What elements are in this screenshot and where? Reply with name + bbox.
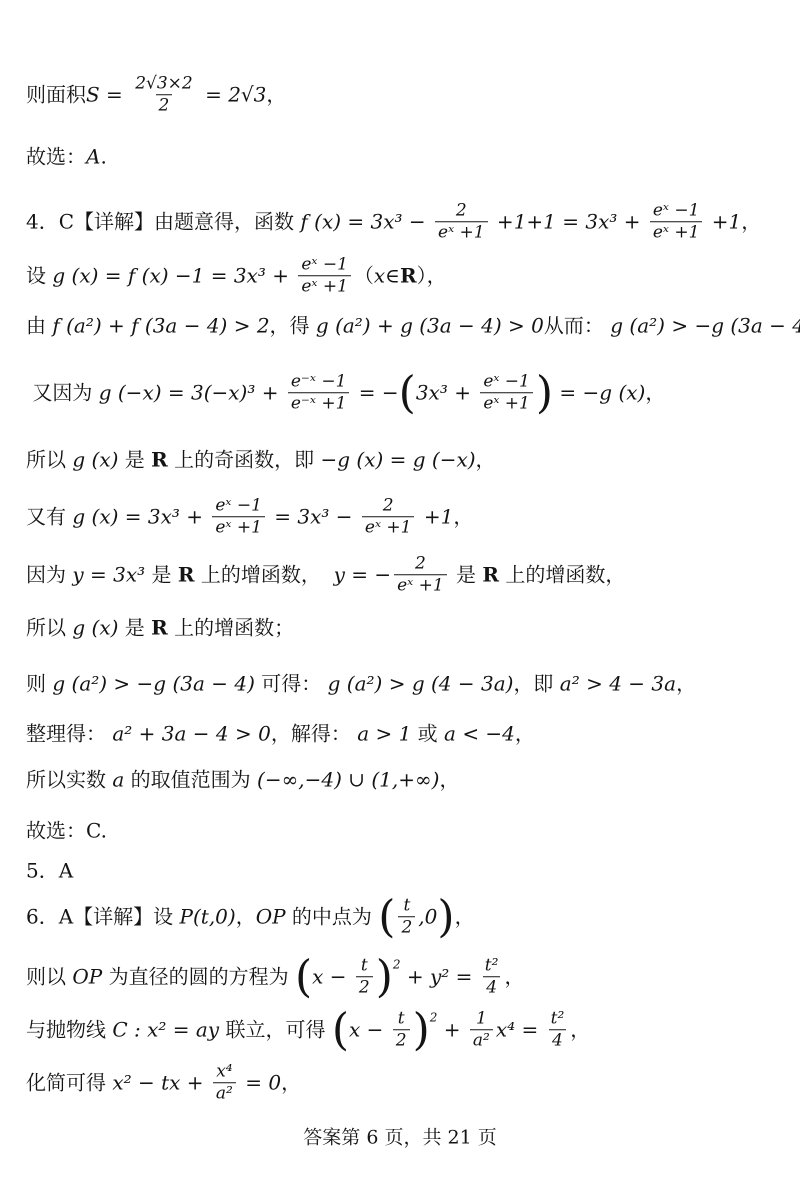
text-run: 的中点为 bbox=[286, 905, 379, 930]
text-run: x⁴ = bbox=[496, 1018, 545, 1043]
text-run: 是 bbox=[145, 563, 178, 588]
text-run: a < −4 bbox=[444, 722, 515, 747]
exponent: 2 bbox=[430, 1011, 438, 1023]
big-paren-glyph: ( bbox=[378, 898, 395, 935]
text-run: g (x) bbox=[72, 448, 118, 473]
text-run: 与抛物线 bbox=[26, 1018, 112, 1043]
text-run: 上的增函数； bbox=[168, 616, 294, 641]
text-run: = 2√3 bbox=[199, 83, 267, 108]
denominator: eˣ +1 bbox=[298, 276, 351, 298]
denominator: eˣ +1 bbox=[212, 517, 265, 539]
solution-line: 4．C【详解】由题意得，函数 f (x) = 3x³ − 2eˣ +1 +1+1… bbox=[26, 200, 761, 244]
denominator: eˣ +1 bbox=[394, 575, 447, 597]
text-run: . bbox=[100, 145, 106, 170]
text-run: ， bbox=[515, 722, 535, 747]
fraction: 2√3×22 bbox=[132, 73, 196, 117]
text-run: = 0 bbox=[239, 1071, 281, 1096]
text-run: ，得 bbox=[270, 314, 316, 339]
text-run: R bbox=[178, 563, 195, 588]
denominator: a² bbox=[213, 1083, 236, 1105]
text-run: 的取值范围为 bbox=[124, 768, 257, 793]
big-paren-glyph: ) bbox=[413, 1011, 430, 1048]
text-run: g (x) = 3x³ + bbox=[72, 505, 209, 530]
text-run: ， bbox=[645, 381, 665, 406]
text-run: 上的奇函数，即 bbox=[168, 448, 321, 473]
text-run: g (x) = f (x) −1 = 3x³ + bbox=[52, 264, 295, 289]
text-run: g (−x) = 3(−x)³ + bbox=[99, 381, 285, 406]
text-run: g (a²) > −g (3a − 4) bbox=[52, 672, 255, 697]
denominator: 4 bbox=[483, 977, 500, 999]
denominator: e⁻ˣ +1 bbox=[288, 393, 350, 415]
text-run: 上的增函数， bbox=[195, 563, 334, 588]
text-run: x − bbox=[312, 965, 353, 990]
numerator: 1 bbox=[473, 1008, 490, 1029]
big-paren-glyph: ( bbox=[332, 1011, 349, 1048]
text-run: ， bbox=[570, 1018, 590, 1043]
text-run: 所以 bbox=[26, 616, 72, 641]
fraction: eˣ −1eˣ +1 bbox=[650, 200, 703, 244]
text-run: （ bbox=[354, 264, 374, 289]
text-run: ， bbox=[453, 505, 473, 530]
solution-line: 则以 OP 为直径的圆的方程为 (x − t2)2 + y² = t²4， bbox=[26, 955, 524, 999]
fraction: 2eˣ +1 bbox=[435, 200, 488, 244]
big-paren-glyph: ) bbox=[376, 958, 393, 995]
text-run: 所以 bbox=[26, 448, 72, 473]
solution-line: 6．A【详解】设 P(t,0)，OP 的中点为 (t2,0)， bbox=[26, 895, 475, 939]
fraction: 2eˣ +1 bbox=[362, 495, 415, 539]
text-run: R bbox=[400, 264, 417, 289]
text-run: 3x³ + bbox=[416, 381, 478, 406]
solution-line: 故选：A. bbox=[26, 145, 107, 170]
text-run: R bbox=[151, 616, 168, 641]
big-paren-glyph: ( bbox=[399, 374, 416, 411]
solution-line: 化简可得 x² − tx + x⁴a² = 0， bbox=[26, 1061, 301, 1105]
fraction: eˣ −1eˣ +1 bbox=[212, 495, 265, 539]
numerator: eˣ −1 bbox=[298, 254, 351, 275]
text-run: 整理得： bbox=[26, 722, 112, 747]
text-run: 6．A【详解】设 bbox=[26, 905, 180, 930]
numerator: 2√3×2 bbox=[132, 73, 196, 94]
numerator: t bbox=[358, 955, 371, 976]
text-run: 故选： bbox=[26, 145, 86, 170]
text-run: a² > 4 − 3a bbox=[560, 672, 676, 697]
solution-line: 则 g (a²) > −g (3a − 4) 可得： g (a²) > g (4… bbox=[26, 672, 696, 697]
text-run: 因为 bbox=[26, 563, 72, 588]
text-run: ，解得： bbox=[271, 722, 357, 747]
text-run: g (a²) + g (3a − 4) > 0 bbox=[316, 314, 544, 339]
numerator: x⁴ bbox=[213, 1061, 235, 1082]
text-run: + y² = bbox=[401, 965, 479, 990]
denominator: eˣ +1 bbox=[435, 222, 488, 244]
fraction: t2 bbox=[393, 1008, 410, 1052]
text-run: g (x) bbox=[72, 616, 118, 641]
fraction: eˣ −1eˣ +1 bbox=[480, 371, 533, 415]
exponent: 2 bbox=[393, 958, 401, 970]
text-run: 4．C【详解】由题意得，函数 bbox=[26, 210, 300, 235]
numerator: t² bbox=[482, 955, 502, 976]
text-run: +1 bbox=[705, 210, 741, 235]
text-run: = −g (x) bbox=[553, 381, 645, 406]
text-run: 又因为 bbox=[26, 381, 99, 406]
big-paren-glyph: ( bbox=[295, 958, 312, 995]
fraction: eˣ −1eˣ +1 bbox=[298, 254, 351, 298]
fraction: 1a² bbox=[470, 1008, 493, 1052]
solution-line: 所以 g (x) 是 R 上的奇函数，即 −g (x) = g (−x)， bbox=[26, 448, 496, 473]
numerator: t² bbox=[548, 1008, 568, 1029]
text-run: OP bbox=[256, 905, 286, 930]
text-run: P(t,0) bbox=[180, 905, 236, 930]
text-run: 则 bbox=[26, 672, 52, 697]
text-run: y = 3x³ bbox=[72, 563, 145, 588]
denominator: eˣ +1 bbox=[650, 222, 703, 244]
page-footer: 答案第 6 页，共 21 页 bbox=[0, 1123, 800, 1150]
text-run: 设 bbox=[26, 264, 52, 289]
denominator: 4 bbox=[549, 1030, 566, 1052]
text-run: 又有 bbox=[26, 505, 72, 530]
denominator: 2 bbox=[356, 977, 373, 999]
text-run: 由 bbox=[26, 314, 52, 339]
document-page: 则面积S = 2√3×22 = 2√3， 故选：A. 4．C【详解】由题意得，函… bbox=[0, 0, 800, 1197]
text-run: OP bbox=[72, 965, 102, 990]
solution-line: 由 f (a²) + f (3a − 4) > 2，得 g (a²) + g (… bbox=[26, 314, 800, 339]
numerator: 2 bbox=[412, 553, 429, 574]
solution-line: 所以实数 a 的取值范围为 (−∞,−4) ∪ (1,+∞)， bbox=[26, 768, 459, 793]
text-run: = 3x³ − bbox=[268, 505, 359, 530]
text-run: S = bbox=[86, 83, 129, 108]
text-run: g (a²) > g (4 − 3a) bbox=[328, 672, 514, 697]
denominator: eˣ +1 bbox=[362, 517, 415, 539]
solution-line: 与抛物线 C : x² = ay 联立，可得 (x − t2)2 + 1a²x⁴… bbox=[26, 1008, 590, 1052]
text-run: x² − tx + bbox=[112, 1071, 210, 1096]
text-run: 可得： bbox=[255, 672, 328, 697]
text-run: 是 bbox=[118, 448, 151, 473]
fraction: 2eˣ +1 bbox=[394, 553, 447, 597]
text-run: ， bbox=[281, 1071, 301, 1096]
text-run: a² + 3a − 4 > 0 bbox=[112, 722, 270, 747]
text-run: 则面积 bbox=[26, 83, 86, 108]
numerator: eˣ −1 bbox=[480, 371, 533, 392]
big-paren-glyph: ) bbox=[437, 898, 454, 935]
numerator: 2 bbox=[380, 495, 397, 516]
text-run: 为直径的圆的方程为 bbox=[102, 965, 295, 990]
text-run: R bbox=[482, 563, 499, 588]
text-run: f (a²) + f (3a − 4) > 2 bbox=[52, 314, 269, 339]
text-run: +1 bbox=[417, 505, 453, 530]
text-run: ， bbox=[439, 768, 459, 793]
denominator: 2 bbox=[398, 917, 415, 939]
text-run: ∈ bbox=[385, 264, 400, 289]
text-run: 化简可得 bbox=[26, 1071, 112, 1096]
text-run: −g (x) = g (−x) bbox=[320, 448, 475, 473]
big-paren-glyph: ) bbox=[536, 374, 553, 411]
fraction: t2 bbox=[398, 895, 415, 939]
solution-line: 因为 y = 3x³ 是 R 上的增函数， y = −2eˣ +1 是 R 上的… bbox=[26, 553, 625, 597]
text-run: 是 bbox=[118, 616, 151, 641]
denominator: 2 bbox=[156, 95, 173, 117]
denominator: a² bbox=[470, 1030, 493, 1052]
text-run: g (a²) > −g (3a − 4) bbox=[610, 314, 800, 339]
fraction: e⁻ˣ −1e⁻ˣ +1 bbox=[288, 371, 350, 415]
fraction: t2 bbox=[356, 955, 373, 999]
text-run: +1+1 = 3x³ + bbox=[491, 210, 647, 235]
text-run: a > 1 bbox=[357, 722, 411, 747]
text-run: ， bbox=[676, 672, 696, 697]
text-run: 从而： bbox=[544, 314, 610, 339]
solution-line: 又因为 g (−x) = 3(−x)³ + e⁻ˣ −1e⁻ˣ +1 = −(3… bbox=[26, 371, 665, 415]
numerator: e⁻ˣ −1 bbox=[288, 371, 350, 392]
solution-line: 则面积S = 2√3×22 = 2√3， bbox=[26, 73, 286, 117]
text-run: x − bbox=[349, 1018, 390, 1043]
denominator: eˣ +1 bbox=[480, 393, 533, 415]
text-run: 联立，可得 bbox=[219, 1018, 332, 1043]
text-run: R bbox=[151, 448, 168, 473]
text-run: 故选：C. bbox=[26, 819, 107, 844]
solution-line: 5．A bbox=[26, 859, 73, 884]
solution-line: 设 g (x) = f (x) −1 = 3x³ + eˣ −1eˣ +1（x∈… bbox=[26, 254, 447, 298]
text-run: 则以 bbox=[26, 965, 72, 990]
text-run: ,0 bbox=[418, 905, 437, 930]
numerator: eˣ −1 bbox=[212, 495, 265, 516]
text-run: 所以实数 bbox=[26, 768, 112, 793]
fraction: t²4 bbox=[482, 955, 502, 999]
text-run: ， bbox=[236, 905, 256, 930]
text-run: a bbox=[112, 768, 124, 793]
solution-line: 故选：C. bbox=[26, 819, 107, 844]
numerator: t bbox=[400, 895, 413, 916]
text-run: C : x² = ay bbox=[112, 1018, 219, 1043]
solution-line: 又有 g (x) = 3x³ + eˣ −1eˣ +1 = 3x³ − 2eˣ … bbox=[26, 495, 473, 539]
text-run: A bbox=[86, 145, 100, 170]
numerator: eˣ −1 bbox=[650, 200, 703, 221]
text-run: 或 bbox=[411, 722, 444, 747]
text-run: ， bbox=[455, 905, 475, 930]
solution-line: 所以 g (x) 是 R 上的增函数； bbox=[26, 616, 294, 641]
solution-line: 整理得： a² + 3a − 4 > 0，解得： a > 1 或 a < −4， bbox=[26, 722, 535, 747]
text-run: ， bbox=[266, 83, 286, 108]
denominator: 2 bbox=[393, 1030, 410, 1052]
text-run: = − bbox=[352, 381, 398, 406]
text-run: f (x) = 3x³ − bbox=[300, 210, 432, 235]
text-run: ， bbox=[741, 210, 761, 235]
fraction: t²4 bbox=[548, 1008, 568, 1052]
text-run: ，即 bbox=[513, 672, 559, 697]
text-run: (−∞,−4) ∪ (1,+∞) bbox=[257, 768, 439, 793]
text-run: ， bbox=[476, 448, 496, 473]
text-run: ， bbox=[504, 965, 524, 990]
numerator: t bbox=[395, 1008, 408, 1029]
text-run: 是 bbox=[450, 563, 483, 588]
text-run: 上的增函数， bbox=[499, 563, 625, 588]
text-run: x bbox=[374, 264, 385, 289]
text-run: 5．A bbox=[26, 859, 73, 884]
text-run: y = − bbox=[334, 563, 392, 588]
text-run: ）， bbox=[417, 264, 447, 289]
numerator: 2 bbox=[453, 200, 470, 221]
fraction: x⁴a² bbox=[213, 1061, 236, 1105]
text-run: + bbox=[437, 1018, 466, 1043]
